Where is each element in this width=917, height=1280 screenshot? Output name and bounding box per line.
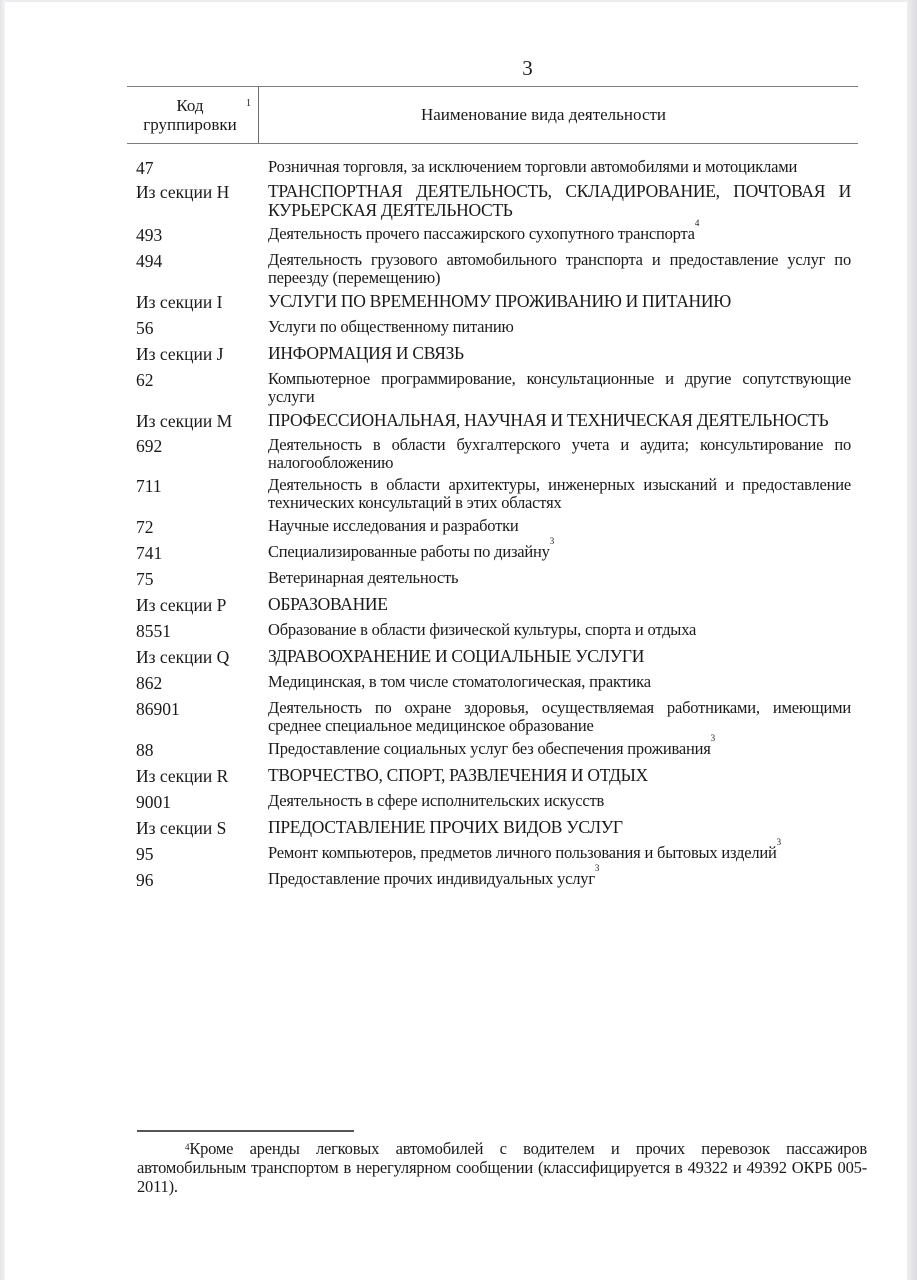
row-code: 493 [136,225,268,245]
row-activity-name: ТРАНСПОРТНАЯ ДЕЯТЕЛЬНОСТЬ, СКЛАДИРОВАНИЕ… [268,182,851,220]
row-activity-text: Деятельность прочего пассажирского сухоп… [268,224,695,243]
row-footnote-marker: 3 [711,733,715,743]
row-activity-text: Предоставление социальных услуг без обес… [268,739,711,758]
table-row: 9001Деятельность в сфере исполнительских… [136,792,851,812]
table-row: 741Специализированные работы по дизайну3 [136,543,851,563]
row-activity-name: Компьютерное программирование, консульта… [268,370,851,405]
row-code: 47 [136,158,268,178]
row-code: 8551 [136,621,268,641]
row-code: 86901 [136,699,268,719]
row-code: 72 [136,517,268,537]
footnote-divider [137,1130,354,1132]
row-activity-text: Ветеринарная деятельность [268,568,458,587]
page-right-edge [907,0,917,1280]
header-code-text: Код группировки [134,96,246,134]
row-code: 862 [136,673,268,693]
row-code: Из секции M [136,411,268,431]
row-activity-text: Специализированные работы по дизайну [268,542,550,561]
table-row: 493Деятельность прочего пассажирского су… [136,225,851,245]
footnote-4: 4Кроме аренды легковых автомобилей с вод… [137,1139,867,1196]
row-activity-name: ПРЕДОСТАВЛЕНИЕ ПРОЧИХ ВИДОВ УСЛУГ [268,818,851,837]
row-activity-name: Ветеринарная деятельность [268,569,851,587]
row-activity-text: ТВОРЧЕСТВО, СПОРТ, РАЗВЛЕЧЕНИЯ И ОТДЫХ [268,765,648,785]
table-row: 692Деятельность в области бухгалтерского… [136,436,851,471]
table-row: 494Деятельность грузового автомобильного… [136,251,851,286]
row-activity-text: ПРЕДОСТАВЛЕНИЕ ПРОЧИХ ВИДОВ УСЛУГ [268,817,623,837]
page-left-edge [0,0,5,1280]
table-row: 75Ветеринарная деятельность [136,569,851,589]
row-code: Из секции H [136,182,268,202]
row-activity-text: ОБРАЗОВАНИЕ [268,594,388,614]
row-activity-name: ОБРАЗОВАНИЕ [268,595,851,614]
row-activity-name: ТВОРЧЕСТВО, СПОРТ, РАЗВЛЕЧЕНИЯ И ОТДЫХ [268,766,851,785]
row-activity-text: Научные исследования и разработки [268,516,519,535]
table-row: 56Услуги по общественному питанию [136,318,851,338]
row-code: 9001 [136,792,268,812]
row-activity-text: Деятельность в сфере исполнительских иск… [268,791,604,810]
row-code: 75 [136,569,268,589]
row-activity-name: ПРОФЕССИОНАЛЬНАЯ, НАУЧНАЯ И ТЕХНИЧЕСКАЯ … [268,411,851,430]
section-row: Из секции PОБРАЗОВАНИЕ [136,595,851,615]
row-activity-name: ЗДРАВООХРАНЕНИЕ И СОЦИАЛЬНЫЕ УСЛУГИ [268,647,851,666]
row-activity-name: Розничная торговля, за исключением торго… [268,158,851,176]
row-code: Из секции R [136,766,268,786]
row-activity-text: Образование в области физической культур… [268,620,696,639]
row-code: Из секции P [136,595,268,615]
row-activity-name: Деятельность по охране здоровья, осущест… [268,699,851,734]
row-activity-text: ИНФОРМАЦИЯ И СВЯЗЬ [268,343,464,363]
table-row: 95Ремонт компьютеров, предметов личного … [136,844,851,864]
row-footnote-marker: 3 [777,837,781,847]
row-activity-name: Медицинская, в том числе стоматологическ… [268,673,851,691]
row-code: 62 [136,370,268,390]
header-name-cell: Наименование вида деятельности [259,87,858,143]
row-activity-text: Услуги по общественному питанию [268,317,514,336]
row-activity-name: Предоставление социальных услуг без обес… [268,740,851,758]
footnote-marker: 4 [185,1142,189,1152]
row-activity-name: Ремонт компьютеров, предметов личного по… [268,844,851,862]
row-activity-name: Деятельность прочего пассажирского сухоп… [268,225,851,243]
table-row: 711Деятельность в области архитектуры, и… [136,476,851,511]
header-code-label: Код группировки1 [134,96,251,134]
section-row: Из секции MПРОФЕССИОНАЛЬНАЯ, НАУЧНАЯ И Т… [136,411,851,431]
row-footnote-marker: 4 [695,218,699,228]
row-footnote-marker: 3 [595,863,599,873]
row-code: 692 [136,436,268,456]
table-row: 72Научные исследования и разработки [136,517,851,537]
section-row: Из секции HТРАНСПОРТНАЯ ДЕЯТЕЛЬНОСТЬ, СК… [136,182,851,220]
row-activity-name: Услуги по общественному питанию [268,318,851,336]
row-activity-name: ИНФОРМАЦИЯ И СВЯЗЬ [268,344,851,363]
table-row: 62Компьютерное программирование, консуль… [136,370,851,405]
section-row: Из секции QЗДРАВООХРАНЕНИЕ И СОЦИАЛЬНЫЕ … [136,647,851,667]
section-row: Из секции JИНФОРМАЦИЯ И СВЯЗЬ [136,344,851,364]
row-activity-name: Деятельность в области архитектуры, инже… [268,476,851,511]
row-activity-text: УСЛУГИ ПО ВРЕМЕННОМУ ПРОЖИВАНИЮ И ПИТАНИ… [268,291,731,311]
row-activity-text: Предоставление прочих индивидуальных усл… [268,869,595,888]
row-activity-text: ТРАНСПОРТНАЯ ДЕЯТЕЛЬНОСТЬ, СКЛАДИРОВАНИЕ… [268,181,851,220]
footnote-text: Кроме аренды легковых автомобилей с води… [137,1139,867,1196]
row-activity-text: Компьютерное программирование, консульта… [268,369,851,406]
row-activity-text: Деятельность в области архитектуры, инже… [268,475,851,512]
row-code: Из секции I [136,292,268,312]
row-code: 88 [136,740,268,760]
row-activity-text: Деятельность в области бухгалтерского уч… [268,435,851,472]
table-row: 96Предоставление прочих индивидуальных у… [136,870,851,890]
row-activity-text: ЗДРАВООХРАНЕНИЕ И СОЦИАЛЬНЫЕ УСЛУГИ [268,646,644,666]
row-code: 494 [136,251,268,271]
row-code: 96 [136,870,268,890]
header-code-footnote: 1 [246,98,251,109]
row-code: 711 [136,476,268,496]
header-name-label: Наименование вида деятельности [421,105,666,125]
activity-table-body: 47Розничная торговля, за исключением тор… [136,158,851,896]
row-activity-name: Деятельность в сфере исполнительских иск… [268,792,851,810]
row-code: 741 [136,543,268,563]
table-row: 862Медицинская, в том числе стоматологич… [136,673,851,693]
row-activity-text: ПРОФЕССИОНАЛЬНАЯ, НАУЧНАЯ И ТЕХНИЧЕСКАЯ … [268,410,828,430]
row-activity-name: Специализированные работы по дизайну3 [268,543,851,561]
row-code: Из секции J [136,344,268,364]
page-number: 3 [0,56,917,80]
table-row: 86901Деятельность по охране здоровья, ос… [136,699,851,734]
row-activity-name: Деятельность в области бухгалтерского уч… [268,436,851,471]
table-header: Код группировки1 Наименование вида деяте… [127,86,858,144]
row-footnote-marker: 3 [550,536,554,546]
row-activity-text: Деятельность по охране здоровья, осущест… [268,698,851,735]
row-code: Из секции S [136,818,268,838]
table-row: 88Предоставление социальных услуг без об… [136,740,851,760]
row-activity-text: Деятельность грузового автомобильного тр… [268,250,851,287]
table-row: 8551Образование в области физической кул… [136,621,851,641]
row-code: Из секции Q [136,647,268,667]
row-activity-name: Научные исследования и разработки [268,517,851,535]
header-code-cell: Код группировки1 [127,87,259,143]
row-activity-name: УСЛУГИ ПО ВРЕМЕННОМУ ПРОЖИВАНИЮ И ПИТАНИ… [268,292,851,311]
row-activity-name: Деятельность грузового автомобильного тр… [268,251,851,286]
row-code: 95 [136,844,268,864]
table-row: 47Розничная торговля, за исключением тор… [136,158,851,178]
page-top-edge [0,0,917,2]
row-activity-text: Ремонт компьютеров, предметов личного по… [268,843,777,862]
row-activity-text: Розничная торговля, за исключением торго… [268,157,797,176]
section-row: Из секции IУСЛУГИ ПО ВРЕМЕННОМУ ПРОЖИВАН… [136,292,851,312]
section-row: Из секции SПРЕДОСТАВЛЕНИЕ ПРОЧИХ ВИДОВ У… [136,818,851,838]
row-activity-name: Образование в области физической культур… [268,621,851,639]
row-activity-text: Медицинская, в том числе стоматологическ… [268,672,651,691]
section-row: Из секции RТВОРЧЕСТВО, СПОРТ, РАЗВЛЕЧЕНИ… [136,766,851,786]
row-activity-name: Предоставление прочих индивидуальных усл… [268,870,851,888]
row-code: 56 [136,318,268,338]
